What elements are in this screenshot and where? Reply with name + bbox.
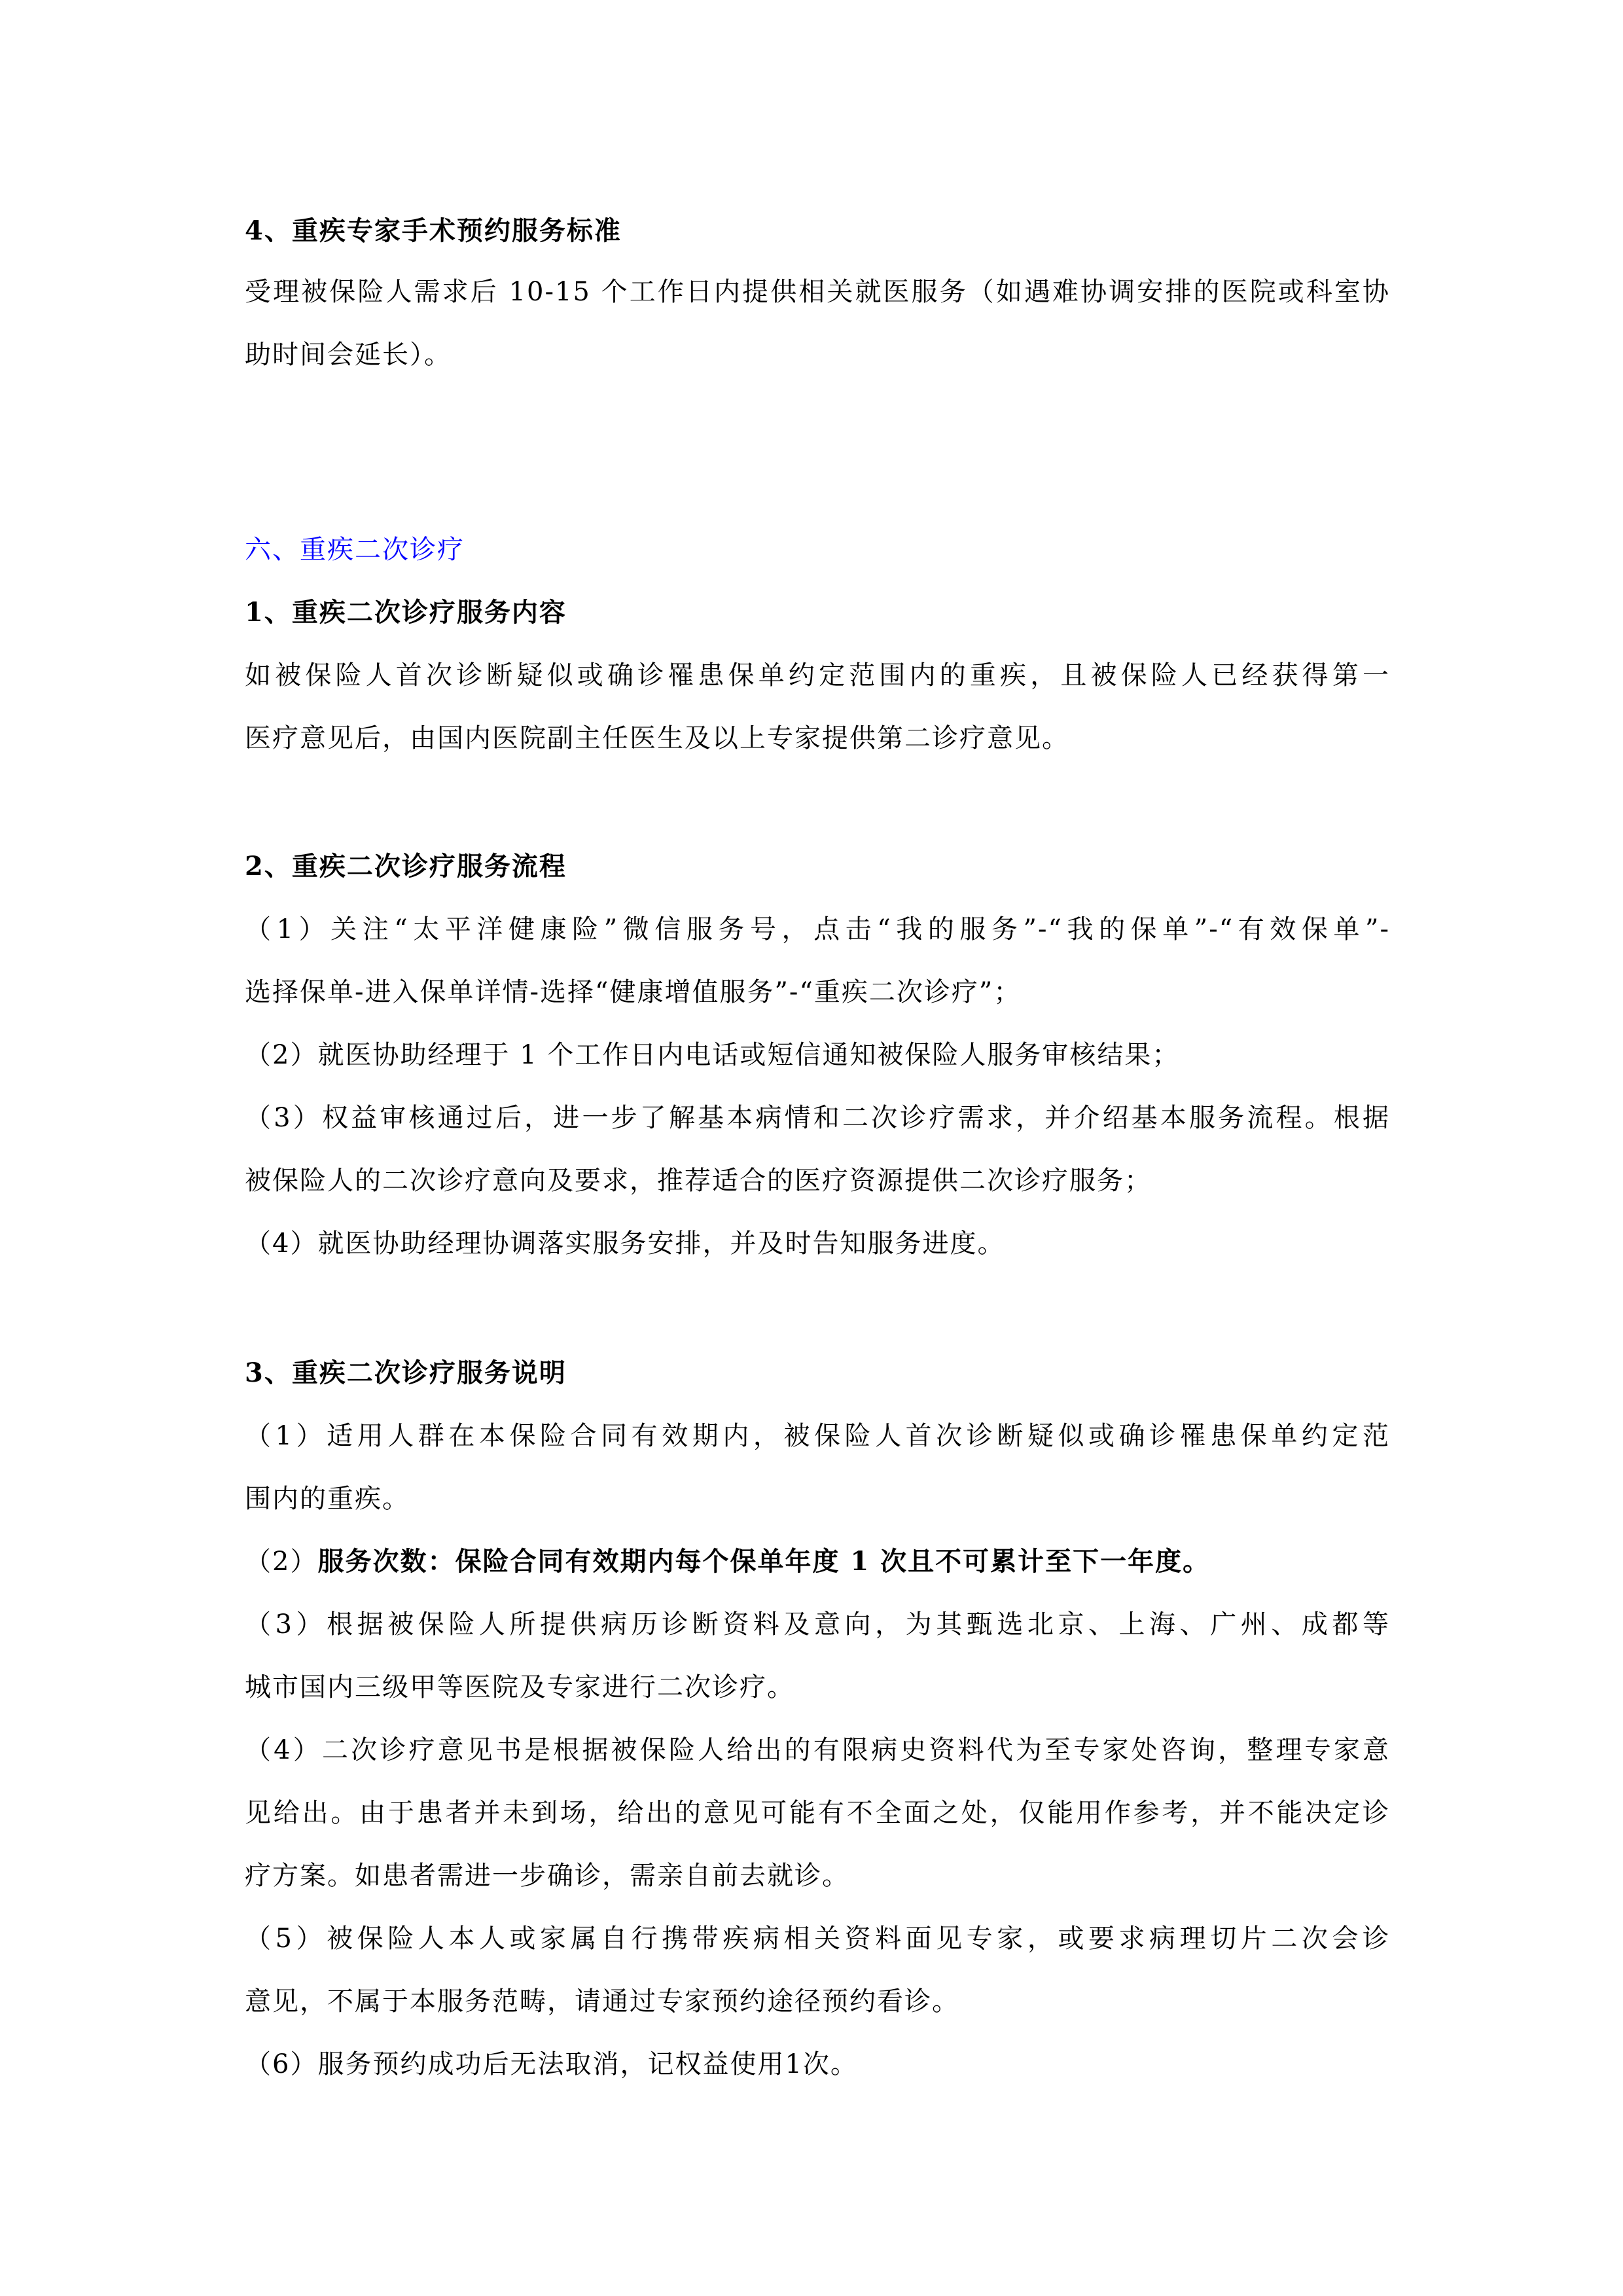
part-2-line-3: （2）就医协助经理于 1 个工作日内电话或短信通知被保险人服务审核结果；	[245, 1037, 1179, 1073]
part-3-item-6: （6）服务预约成功后无法取消，记权益使用1次。	[245, 2046, 858, 2083]
part-3-item-3-line-2: 城市国内三级甲等医院及专家进行二次诊疗。	[245, 1669, 794, 1706]
part-3-item-1-line-1: （1）适用人群在本保险合同有效期内，被保险人首次诊断疑似或确诊罹患保单约定范	[245, 1418, 1390, 1454]
part-3-item-5-line-2: 意见，不属于本服务范畴，请通过专家预约途径预约看诊。	[245, 1983, 959, 2020]
part-3-item-2-bold-text: 服务次数：保险合同有效期内每个保单年度 1 次且不可累计至下一年度。	[317, 1546, 1210, 1577]
part-3-item-2: （2）服务次数：保险合同有效期内每个保单年度 1 次且不可累计至下一年度。	[245, 1543, 1210, 1580]
subsection-4-heading: 4、重疾专家手术预约服务标准	[245, 213, 622, 249]
section-6-title: 六、重疾二次诊疗	[245, 531, 465, 568]
part-2-line-6: （4）就医协助经理协调落实服务安排，并及时告知服务进度。	[245, 1225, 1005, 1262]
part-3-item-1-line-2: 围内的重疾。	[245, 1480, 410, 1517]
part-2-line-1: （1）关注“太平洋健康险”微信服务号，点击“我的服务”-“我的保单”-“有效保单…	[245, 911, 1390, 948]
part-3-item-3-line-1: （3）根据被保险人所提供病历诊断资料及意向，为其甄选北京、上海、广州、成都等	[245, 1606, 1390, 1643]
part-3-item-4-line-2: 见给出。由于患者并未到场，给出的意见可能有不全面之处，仅能用作参考，并不能决定诊	[245, 1795, 1390, 1831]
part-3-item-2-prefix: （2）	[245, 1547, 317, 1577]
part-3-item-4-line-1: （4）二次诊疗意见书是根据被保险人给出的有限病史资料代为至专家处咨询，整理专家意	[245, 1732, 1390, 1768]
part-1-line-2: 医疗意见后，由国内医院副主任医生及以上专家提供第二诊疗意见。	[245, 720, 1069, 757]
part-1-heading: 1、重疾二次诊疗服务内容	[245, 594, 567, 631]
part-3-item-5-line-1: （5）被保险人本人或家属自行携带疾病相关资料面见专家，或要求病理切片二次会诊	[245, 1920, 1390, 1957]
part-3-heading: 3、重疾二次诊疗服务说明	[245, 1355, 567, 1391]
part-1-line-1: 如被保险人首次诊断疑似或确诊罹患保单约定范围内的重疾，且被保险人已经获得第一	[245, 657, 1390, 694]
part-2-line-2: 选择保单-进入保单详情-选择“健康增值服务”-“重疾二次诊疗”；	[245, 974, 1021, 1011]
subsection-4-line-1: 受理被保险人需求后 10-15 个工作日内提供相关就医服务（如遇难协调安排的医院…	[245, 274, 1390, 310]
subsection-4-line-2: 助时间会延长）。	[245, 336, 452, 373]
part-3-item-4-line-3: 疗方案。如患者需进一步确诊，需亲自前去就诊。	[245, 1857, 849, 1894]
part-2-line-4: （3）权益审核通过后，进一步了解基本病情和二次诊疗需求，并介绍基本服务流程。根据	[245, 1100, 1390, 1136]
part-2-line-5: 被保险人的二次诊疗意向及要求，推荐适合的医疗资源提供二次诊疗服务；	[245, 1162, 1152, 1199]
part-2-heading: 2、重疾二次诊疗服务流程	[245, 848, 567, 885]
